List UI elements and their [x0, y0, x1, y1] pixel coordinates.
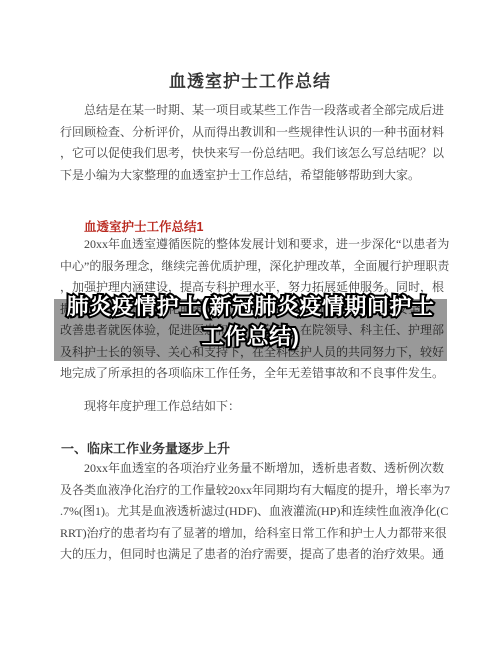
- overlay-title: 肺炎疫情护士(新冠肺炎疫情期间护士 工作总结): [54, 292, 447, 352]
- sub-heading-clinical-workload: 一、临床工作业务量逐步上升: [61, 441, 230, 456]
- overlay-title-line2: 工作总结): [54, 322, 447, 352]
- intro-paragraph: 总结是在某一时期、某一项目或某些工作告一段落或者全部完成后进行回顾检查、分析评价…: [60, 100, 446, 186]
- transition-line: 现将年度护理工作总结如下：: [60, 396, 446, 418]
- page-title: 血透室护士工作总结: [0, 72, 500, 92]
- overlay-title-line1: 肺炎疫情护士(新冠肺炎疫情期间护士: [54, 292, 447, 322]
- document-page: 血透室护士工作总结 总结是在某一时期、某一项目或某些工作告一段落或者全部完成后进…: [0, 0, 500, 647]
- transition-text: 现将年度护理工作总结如下：: [60, 396, 446, 418]
- section-paragraph-2: 20xx年血透室的各项治疗业务量不断增加，透析患者数、透析例次数及各类血液净化治…: [60, 458, 446, 566]
